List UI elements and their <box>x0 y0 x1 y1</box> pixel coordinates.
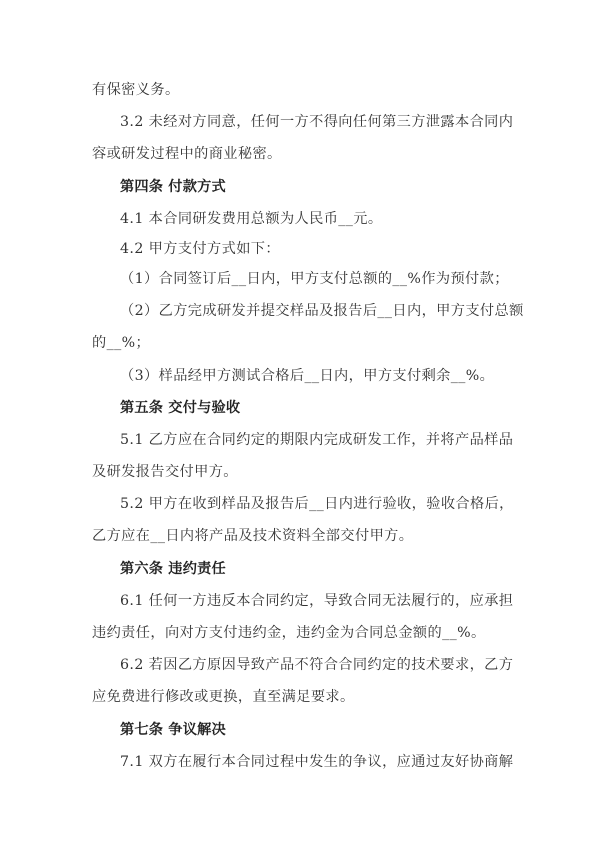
clause-7-1: 7.1 双方在履行本合同过程中发生的争议，应通过友好协商解 <box>92 746 510 778</box>
clause-6-1: 6.1 任何一方违反本合同约定，导致合同无法履行的，应承担 <box>92 585 510 617</box>
payment-item-2: （2）乙方完成研发并提交样品及报告后__日内，甲方支付总额 <box>92 295 510 327</box>
text-line: 应免费进行修改或更换，直至满足要求。 <box>92 681 510 713</box>
text-line: 乙方应在__日内将产品及技术资料全部交付甲方。 <box>92 520 510 552</box>
clause-5-1: 5.1 乙方应在合同约定的期限内完成研发工作，并将产品样品 <box>92 424 510 456</box>
clause-4-2: 4.2 甲方支付方式如下： <box>92 235 510 263</box>
text-line: 违约责任，向对方支付违约金，违约金为合同总金额的__%。 <box>92 617 510 649</box>
text-line: 容或研发过程中的商业秘密。 <box>92 138 510 170</box>
text-line: 及研发报告交付甲方。 <box>92 456 510 488</box>
article-7-heading: 第七条 争议解决 <box>92 714 510 746</box>
text-line: 的__%； <box>92 327 510 359</box>
payment-item-1: （1）合同签订后__日内，甲方支付总额的__%作为预付款； <box>92 263 510 295</box>
clause-5-2: 5.2 甲方在收到样品及报告后__日内进行验收，验收合格后， <box>92 488 510 520</box>
article-4-heading: 第四条 付款方式 <box>92 171 510 203</box>
clause-3-2: 3.2 未经对方同意，任何一方不得向任何第三方泄露本合同内 <box>92 106 510 138</box>
clause-4-1: 4.1 本合同研发费用总额为人民币__元。 <box>92 203 510 235</box>
article-5-heading: 第五条 交付与验收 <box>92 392 510 424</box>
clause-6-2: 6.2 若因乙方原因导致产品不符合合同约定的技术要求，乙方 <box>92 649 510 681</box>
contract-page: 有保密义务。 3.2 未经对方同意，任何一方不得向任何第三方泄露本合同内 容或研… <box>92 74 510 778</box>
payment-item-3: （3）样品经甲方测试合格后__日内，甲方支付剩余__%。 <box>92 360 510 392</box>
article-6-heading: 第六条 违约责任 <box>92 553 510 585</box>
text-line: 有保密义务。 <box>92 74 510 106</box>
